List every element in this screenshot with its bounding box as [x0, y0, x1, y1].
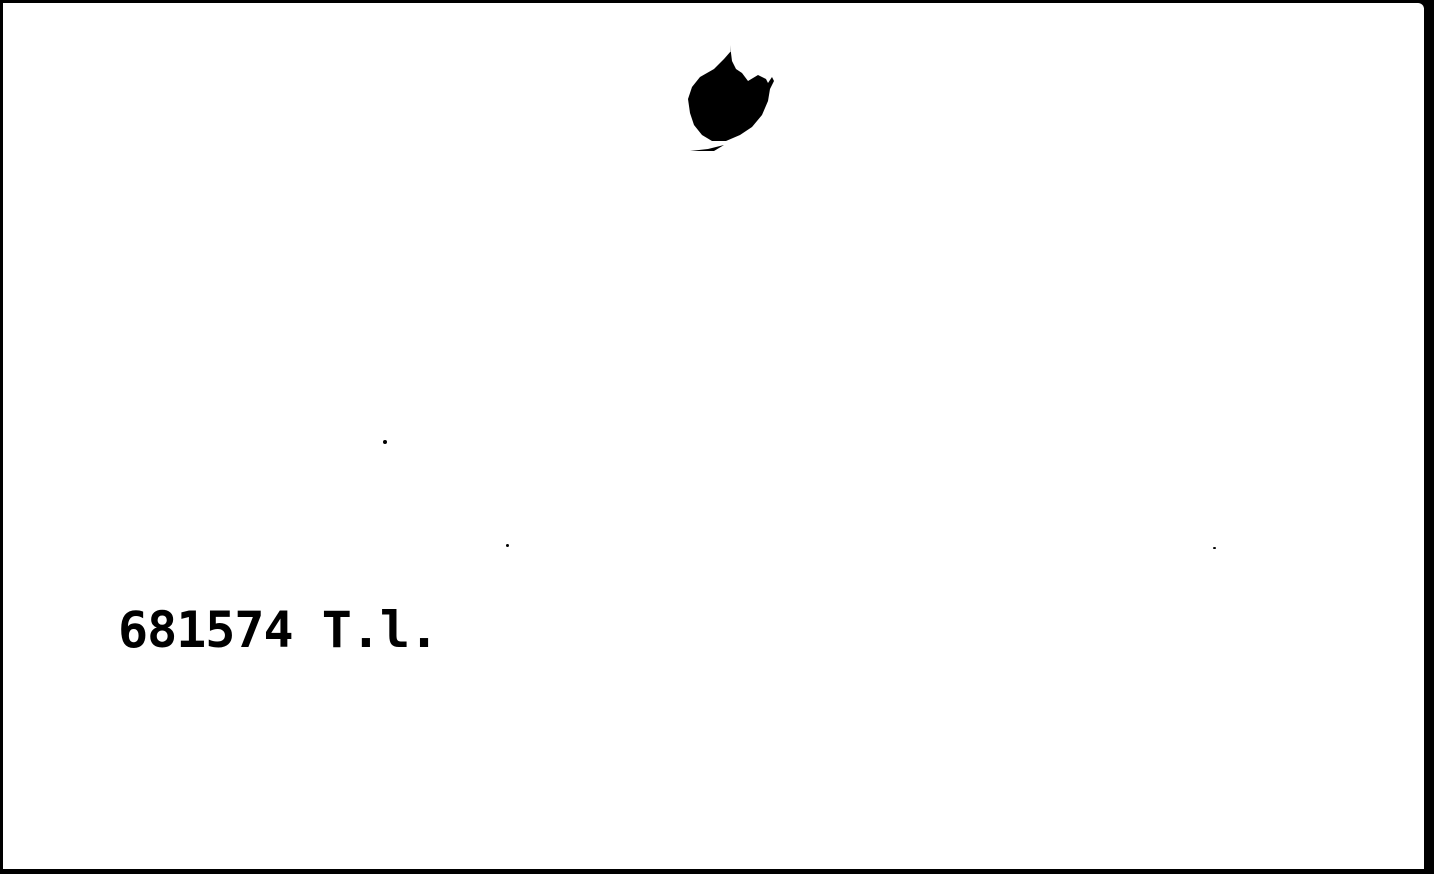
index-card: 681574 T.l.	[3, 3, 1424, 869]
punch-hole-icon	[686, 41, 778, 153]
ink-speck	[383, 440, 387, 444]
ink-speck	[1213, 547, 1216, 549]
ink-speck	[506, 544, 509, 547]
card-reference-number: 681574 T.l.	[118, 605, 438, 655]
